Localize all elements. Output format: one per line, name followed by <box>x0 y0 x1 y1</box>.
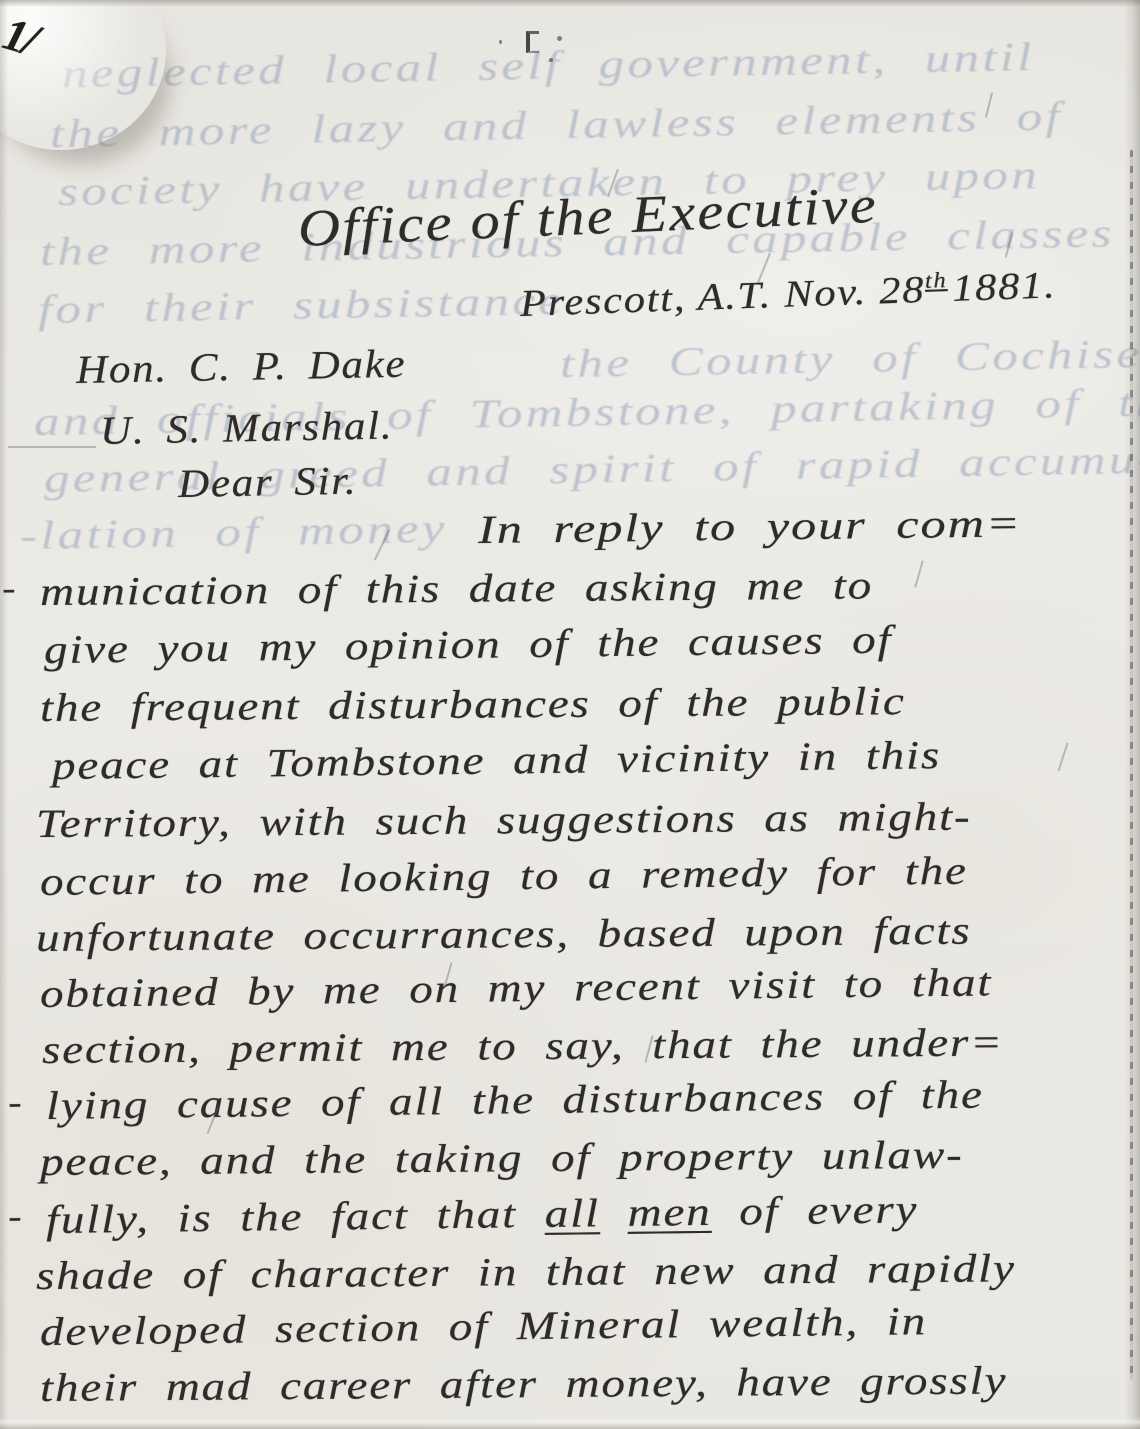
line-text: fully, is the fact that <box>46 1191 545 1242</box>
line-text: of every <box>711 1186 918 1234</box>
handwritten-line: developed section of Mineral wealth, in <box>40 1297 927 1355</box>
ink-speck <box>499 40 502 44</box>
line-text: Territory, with such suggestions as migh… <box>36 794 972 846</box>
scratch-mark <box>914 560 924 587</box>
handwritten-line: their mad career after money, have gross… <box>40 1356 1008 1411</box>
underlined-word: men <box>627 1189 711 1235</box>
line-text: section, permit me to say, that the unde… <box>42 1019 1004 1072</box>
underlined-word: all <box>544 1190 600 1236</box>
line-text: shade of character in that new and rapid… <box>36 1245 1016 1298</box>
handwritten-line: section, permit me to say, that the unde… <box>42 1018 1004 1073</box>
margin-continuation-mark: - <box>8 1084 24 1122</box>
ink-mark <box>526 31 539 53</box>
handwritten-line: peace at Tombstone and vicinity in this <box>52 731 942 789</box>
handwritten-line: -lying cause of all the disturbances of … <box>46 1071 984 1129</box>
bleed-through-line: the County of Cochise. <box>560 330 1140 387</box>
letter-page: neglected local self government, untilth… <box>0 0 1140 1429</box>
line-text: obtained by me on my recent visit to tha… <box>40 959 993 1016</box>
ink-speck <box>557 36 562 41</box>
handwritten-line: obtained by me on my recent visit to tha… <box>40 958 993 1017</box>
line-text: In reply to your com= <box>478 500 1022 552</box>
line-text <box>600 1190 628 1235</box>
page-edge-bottom <box>0 1417 1140 1429</box>
handwritten-line: give you my opinion of the causes of <box>44 616 893 673</box>
line-text: the frequent disturbances of the public <box>40 678 906 730</box>
dateline-year: 1881. <box>951 264 1057 310</box>
recipient-name: Hon. C. P. Dake <box>76 340 407 393</box>
ink-speck <box>549 58 553 62</box>
dateline: Prescott, A.T. Nov. 28th1881. <box>519 263 1057 326</box>
salutation: Dear Sir. <box>178 457 358 507</box>
handwritten-line: -munication of this date asking me to <box>40 561 873 615</box>
bleed-through-line: the more lazy and lawless elements of <box>50 92 1064 157</box>
line-text: their mad career after money, have gross… <box>40 1357 1008 1410</box>
line-text: unfortunate occurrances, based upon fact… <box>36 908 972 960</box>
line-text: occur to me looking to a remedy for the <box>40 848 968 904</box>
recipient-title: U. S. Marshal. <box>100 401 394 454</box>
handwritten-line: shade of character in that new and rapid… <box>36 1244 1016 1299</box>
margin-continuation-mark: - <box>2 570 17 608</box>
page-edge-binding-line <box>1130 150 1133 1380</box>
scratch-mark <box>8 446 96 448</box>
line-text: give you my opinion of the causes of <box>44 617 893 672</box>
handwritten-line: -fully, is the fact that all men of ever… <box>46 1185 919 1243</box>
bleed-through-line: -lation of money <box>20 505 448 559</box>
margin-continuation-mark: - <box>8 1198 24 1236</box>
bleed-through-line: neglected local self government, until <box>62 33 1035 97</box>
date-ordinal: th <box>924 267 947 293</box>
line-text: peace at Tombstone and vicinity in this <box>52 732 941 788</box>
handwritten-line: In reply to your com= <box>478 499 1022 553</box>
handwritten-line: the frequent disturbances of the public <box>40 677 906 731</box>
line-text: developed section of Mineral wealth, in <box>40 1298 927 1354</box>
line-text: peace, and the taking of property unlaw- <box>40 1132 964 1184</box>
dateline-place-date: Prescott, A.T. Nov. 28 <box>519 269 926 325</box>
handwritten-line: unfortunate occurrances, based upon fact… <box>36 907 972 961</box>
line-text: lying cause of all the disturbances of t… <box>46 1072 984 1128</box>
handwritten-line: Territory, with such suggestions as migh… <box>36 793 972 847</box>
handwritten-line: peace, and the taking of property unlaw- <box>40 1131 964 1185</box>
scratch-mark <box>1057 742 1068 771</box>
page-edge-top <box>0 0 1140 7</box>
handwritten-line: occur to me looking to a remedy for the <box>40 847 968 905</box>
bleed-through-line: for their subsistance <box>38 277 565 333</box>
page-edge-left <box>0 0 8 1429</box>
line-text: munication of this date asking me to <box>40 562 873 614</box>
